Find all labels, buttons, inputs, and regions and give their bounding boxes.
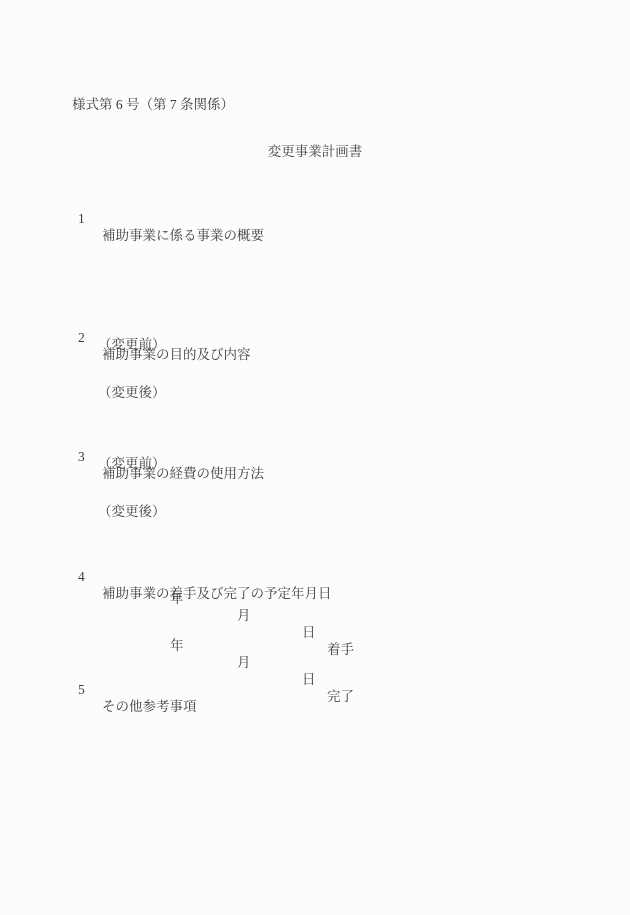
start-date-row: 年 月 日 着手: [0, 573, 630, 590]
section-3-before-change-label: （変更前）: [98, 455, 166, 472]
section-3-number: 3: [78, 448, 85, 465]
section-3-heading-row: 3 補助事業の経費の使用方法: [0, 431, 630, 448]
start-suffix-label: 着手: [327, 641, 354, 658]
section-3-after-change-label: （変更後）: [98, 503, 166, 520]
section-5-number: 5: [78, 681, 85, 698]
section-1-heading-row: 1 補助事業に係る事業の概要: [0, 193, 630, 210]
section-2-number: 2: [78, 329, 85, 346]
section-2-before-change-label: （変更前）: [98, 336, 166, 353]
completion-year-label: 年: [170, 637, 184, 654]
page-title: 変更事業計画書: [0, 143, 630, 160]
section-4-heading-row: 4 補助事業の着手及び完了の予定年月日: [0, 551, 630, 568]
section-1-number: 1: [78, 210, 85, 227]
section-2-heading-row: 2 補助事業の目的及び内容: [0, 312, 630, 329]
document-page: 様式第 6 号（第 7 条関係） 変更事業計画書 1 補助事業に係る事業の概要 …: [0, 0, 630, 915]
completion-suffix-label: 完了: [327, 688, 354, 705]
start-year-label: 年: [170, 590, 184, 607]
section-5-heading-row: 5 その他参考事項: [0, 664, 630, 681]
section-1-heading: 補助事業に係る事業の概要: [102, 227, 264, 244]
section-5-heading: その他参考事項: [102, 698, 197, 715]
completion-date-row: 年 月 日 完了: [0, 620, 630, 637]
form-number: 様式第 6 号（第 7 条関係）: [72, 96, 234, 113]
section-2-after-change-label: （変更後）: [98, 384, 166, 401]
